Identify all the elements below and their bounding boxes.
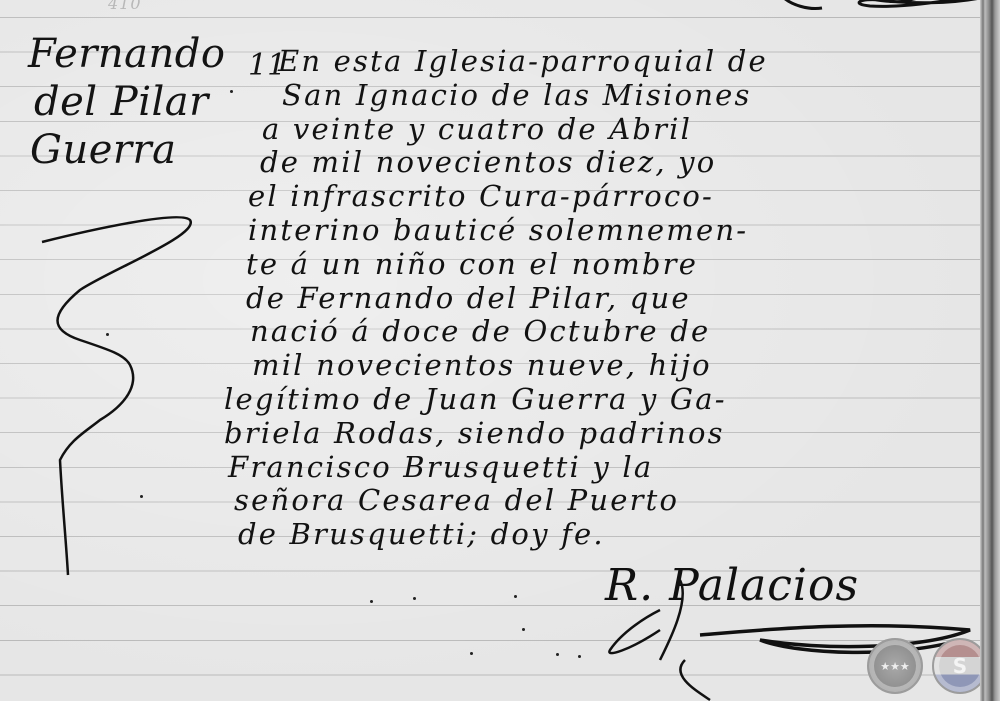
record-line: el infrascrito Cura-párroco- [220, 180, 980, 214]
record-line: mil novecientos nueve, hijo [220, 349, 980, 383]
left-seal-stamp: ★★★ [867, 638, 923, 694]
record-line: a veinte y cuatro de Abril [220, 113, 980, 147]
record-line: interino bauticé solemnemen- [220, 214, 980, 248]
margin-child-name: Fernando del Pilar Guerra [28, 30, 225, 174]
record-line: En esta Iglesia-parroquial de [220, 45, 980, 79]
top-flourish-icon [740, 0, 1000, 22]
book-binding-edge [980, 0, 1000, 701]
margin-name-line: Guerra [30, 126, 225, 174]
margin-name-line: del Pilar [34, 78, 225, 126]
record-body: En esta Iglesia-parroquial de San Ignaci… [220, 45, 980, 552]
record-line: legítimo de Juan Guerra y Ga- [220, 383, 980, 417]
priest-signature: R. Palacios [605, 560, 859, 611]
stars-icon: ★★★ [880, 660, 910, 673]
record-line: briela Rodas, siendo padrinos [220, 417, 980, 451]
record-line: señora Cesarea del Puerto [220, 484, 980, 518]
record-line: de Fernando del Pilar, que [220, 282, 980, 316]
record-line: nació á doce de Octubre de [220, 315, 980, 349]
paraguay-map-icon: S [953, 654, 967, 678]
document-page: 410 Fernando del Pilar Guerra 11 En esta… [0, 0, 1000, 701]
record-line: San Ignacio de las Misiones [220, 79, 980, 113]
faint-page-number: 410 [108, 0, 142, 13]
margin-name-line: Fernando [28, 30, 225, 78]
record-line: te á un niño con el nombre [220, 248, 980, 282]
record-line: Francisco Brusquetti y la [220, 451, 980, 485]
record-line: de mil novecientos diez, yo [220, 146, 980, 180]
margin-flourish-icon [30, 190, 210, 590]
